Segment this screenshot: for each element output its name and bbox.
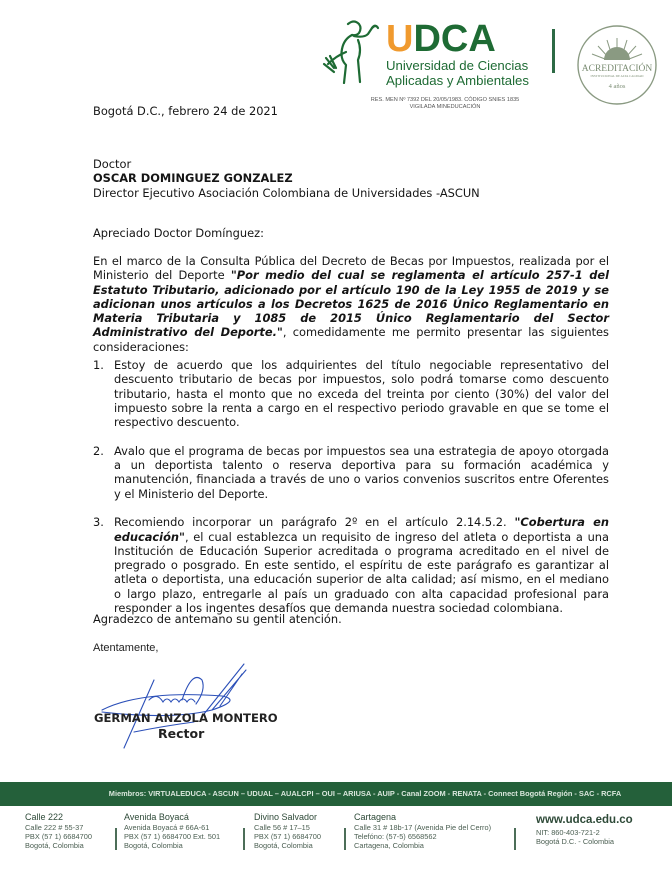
header-divider (552, 29, 555, 73)
intro-paragraph: En el marco de la Consulta Pública del D… (93, 254, 609, 354)
udca-logo: UDCA Universidad de Ciencias Aplicadas y… (322, 18, 542, 96)
greeting: Apreciado Doctor Domínguez: (93, 226, 609, 240)
recipient-name: OSCAR DOMINGUEZ GONZALEZ (93, 171, 609, 185)
accreditation-subtitle: INSTITUCIONAL DE ALTA CALIDAD (591, 74, 645, 78)
university-name: Universidad de Ciencias Aplicadas y Ambi… (386, 58, 529, 88)
contact-block: www.udca.edu.co NIT: 860-403-721-2 Bogot… (536, 812, 633, 846)
campus-divider (243, 828, 245, 850)
signer-name: GERMAN ANZOLA MONTERO (94, 711, 278, 725)
website-link[interactable]: www.udca.edu.co (536, 812, 633, 828)
campus-divider (344, 828, 346, 850)
letter-date: Bogotá D.C., febrero 24 de 2021 (93, 104, 609, 118)
city: Bogotá D.C. - Colombia (536, 837, 633, 846)
closing-line: Atentamente, (93, 641, 609, 655)
nit: NIT: 860-403-721-2 (536, 828, 633, 837)
thanks-line: Agradezco de antemano su gentil atención… (93, 612, 609, 626)
campus-divider (514, 828, 516, 850)
members-bar: Miembros: VIRTUALEDUCA - ASCUN – UDUAL –… (0, 782, 672, 806)
recipient-position: Director Ejecutivo Asociación Colombiana… (93, 186, 609, 200)
considerations-list: 1. Estoy de acuerdo que los adquirientes… (93, 358, 609, 630)
recipient-title: Doctor (93, 157, 609, 171)
campus-divino-salvador: Divino Salvador Calle 56 # 17–15 PBX (57… (254, 812, 321, 850)
accreditation-title: ACREDITACIÓN (582, 62, 653, 74)
consideration-item: 1. Estoy de acuerdo que los adquirientes… (93, 358, 609, 429)
campus-calle-222: Calle 222 Calle 222 # 55-37 PBX (57 1) 6… (25, 812, 92, 850)
signer-title: Rector (158, 727, 204, 741)
consideration-item: 3. Recomiendo incorporar un parágrafo 2º… (93, 515, 609, 615)
consideration-item: 2. Avalo que el programa de becas por im… (93, 444, 609, 501)
accreditation-duration: 4 años (609, 83, 626, 90)
addressee-block: Doctor OSCAR DOMINGUEZ GONZALEZ Director… (93, 157, 609, 200)
greek-figure-icon (322, 18, 384, 84)
logo-wordmark: UDCA (386, 20, 496, 58)
campus-avenida-boyaca: Avenida Boyacá Avenida Boyacá # 66A-61 P… (124, 812, 220, 850)
campus-cartagena: Cartagena Calle 31 # 18b-17 (Avenida Pie… (354, 812, 491, 850)
campus-divider (115, 828, 117, 850)
accreditation-seal-icon: ACREDITACIÓN INSTITUCIONAL DE ALTA CALID… (576, 24, 658, 106)
